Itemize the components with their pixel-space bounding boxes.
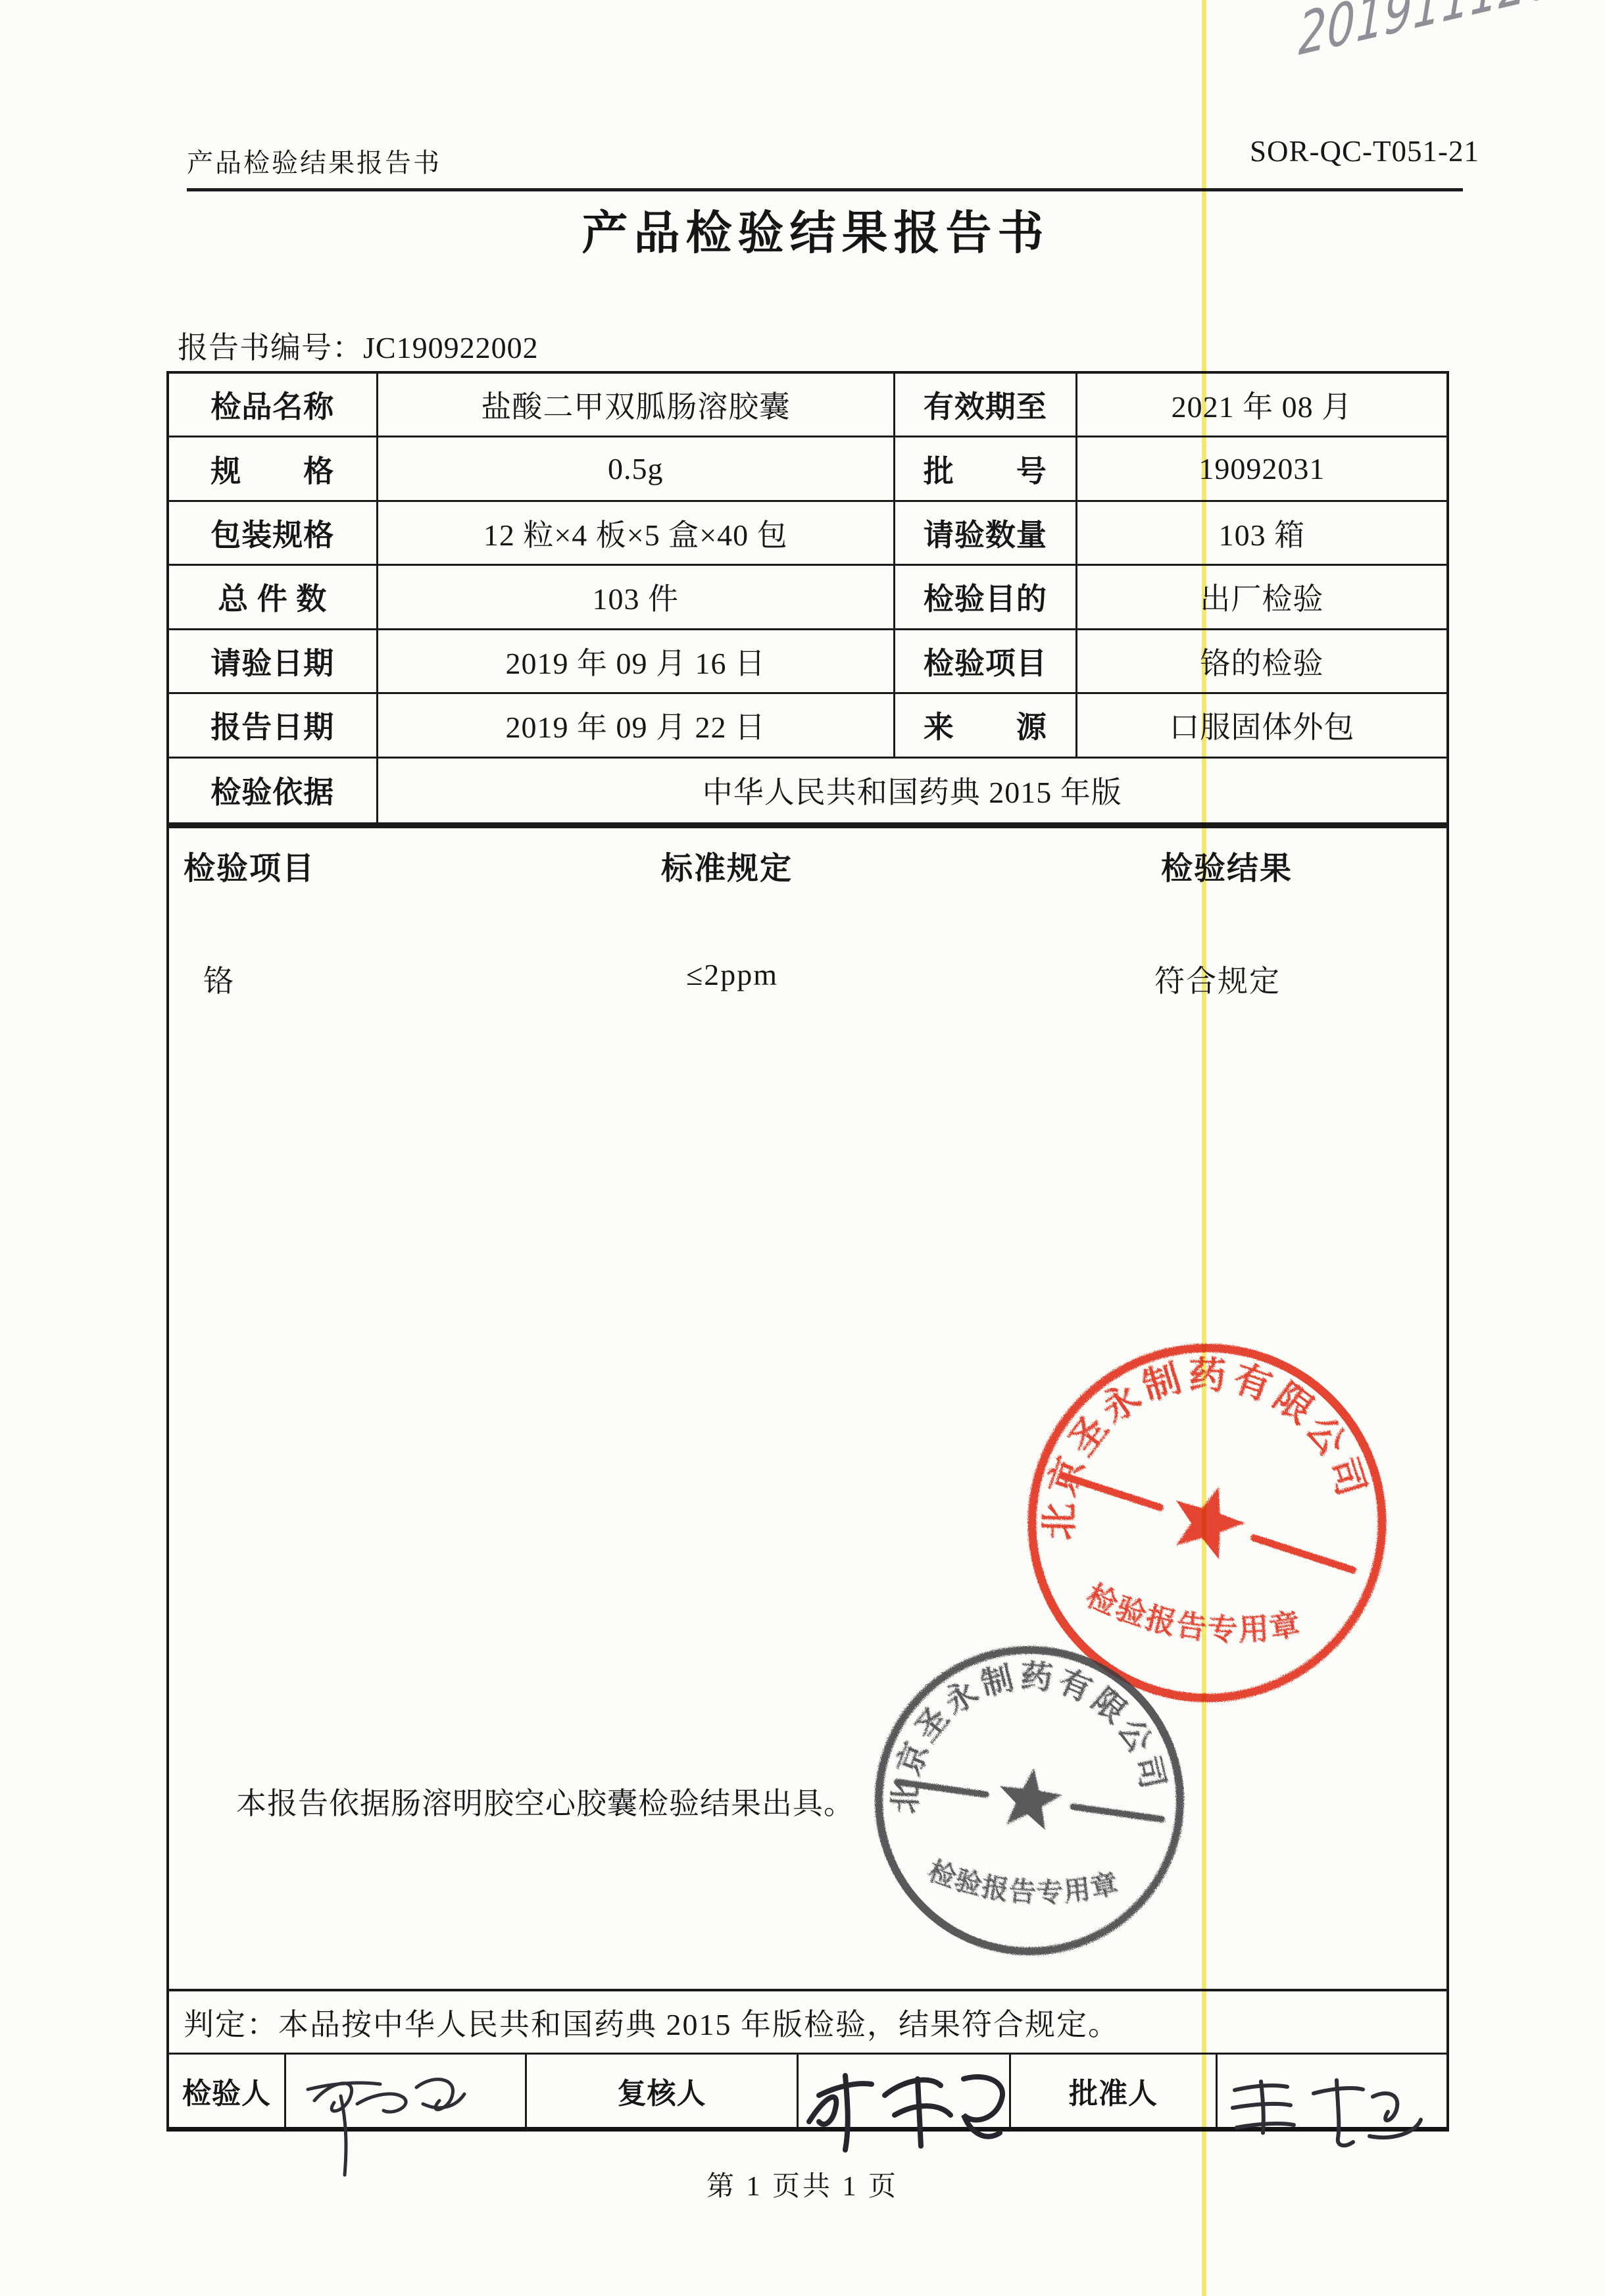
scanner-streak-artifact [1202,0,1206,2296]
info-value: 2021 年 08 月 [1077,374,1446,437]
black-company-stamp: 北京圣永制药有限公司 检验报告专用章 [865,1636,1194,1965]
info-value: 铬的检验 [1077,630,1446,694]
info-value: 2019 年 09 月 16 日 [378,630,896,694]
result-item: 铬 [203,957,235,1001]
basis-note: 本报告依据肠溶明胶空心胶囊检验结果出具。 [236,1780,854,1823]
info-label: 检验依据 [169,759,378,822]
info-label: 来 源 [895,694,1077,758]
header-rule [187,188,1463,191]
info-value: 盐酸二甲双胍肠溶胶囊 [378,374,896,437]
verdict-text: 判定：本品按中华人民共和国药典 2015 年版检验，结果符合规定。 [184,2001,1120,2044]
reviewer-signature [799,2059,1016,2161]
verdict-row: 判定：本品按中华人民共和国药典 2015 年版检验，结果符合规定。 [166,1989,1449,2055]
info-value: 103 箱 [1077,502,1446,566]
info-label: 请验数量 [895,502,1077,566]
reviewer-label: 复核人 [527,2055,799,2127]
info-value: 103 件 [378,566,896,630]
info-value: 2019 年 09 月 22 日 [378,694,896,758]
info-table: 检品名称 盐酸二甲双胍肠溶胶囊 有效期至 2021 年 08 月 规 格 0.5… [166,371,1449,825]
info-label: 有效期至 [895,374,1077,437]
results-header-item: 检验项目 [184,843,315,888]
stamp-right-dash [1250,1534,1357,1574]
svg-text:检验报告专用章: 检验报告专用章 [924,1855,1124,1914]
result-standard: ≤2ppm [686,957,778,992]
info-value: 中华人民共和国药典 2015 年版 [378,759,1446,822]
approver-label: 批准人 [1011,2055,1217,2127]
info-label: 总 件 数 [169,566,378,630]
info-value: 0.5g [378,437,896,501]
info-label: 检验目的 [895,566,1077,630]
info-label: 报告日期 [169,694,378,758]
header-doc-name: 产品检验结果报告书 [187,142,441,180]
stamp-purpose-text: 检验报告专用章 [924,1855,1124,1914]
stamp-right-dash [1070,1803,1166,1823]
info-label: 包装规格 [169,502,378,566]
handwritten-number: 20191112016 [1298,0,1605,69]
star-icon [995,1764,1065,1832]
results-header-result: 检验结果 [1161,843,1293,888]
info-label: 检品名称 [169,374,378,437]
report-number-label: 报告书编号： [178,331,363,364]
approver-signature [1225,2067,1422,2153]
header-doc-code: SOR-QC-T051-21 [1250,134,1479,168]
page-footer: 第 1 页共 1 页 [0,2164,1605,2204]
info-label: 请验日期 [169,630,378,694]
info-label: 检验项目 [895,630,1077,694]
results-header-standard: 标准规定 [661,843,793,888]
report-number-value: JC190922002 [363,331,539,364]
inspector-signature [295,2064,492,2180]
info-value: 12 粒×4 板×5 盒×40 包 [378,502,896,566]
info-value: 口服固体外包 [1077,694,1446,758]
info-value: 出厂检验 [1077,566,1446,630]
inspector-label: 检验人 [169,2055,286,2127]
report-number: 报告书编号：JC190922002 [178,324,539,367]
info-label: 规 格 [169,437,378,501]
page-title: 产品检验结果报告书 [0,196,1605,262]
info-value: 19092031 [1077,437,1446,501]
stamp-star-group [890,1749,1170,1847]
star-icon [1163,1476,1253,1564]
info-label: 批 号 [895,437,1077,501]
result-value: 符合规定 [1154,957,1281,1001]
